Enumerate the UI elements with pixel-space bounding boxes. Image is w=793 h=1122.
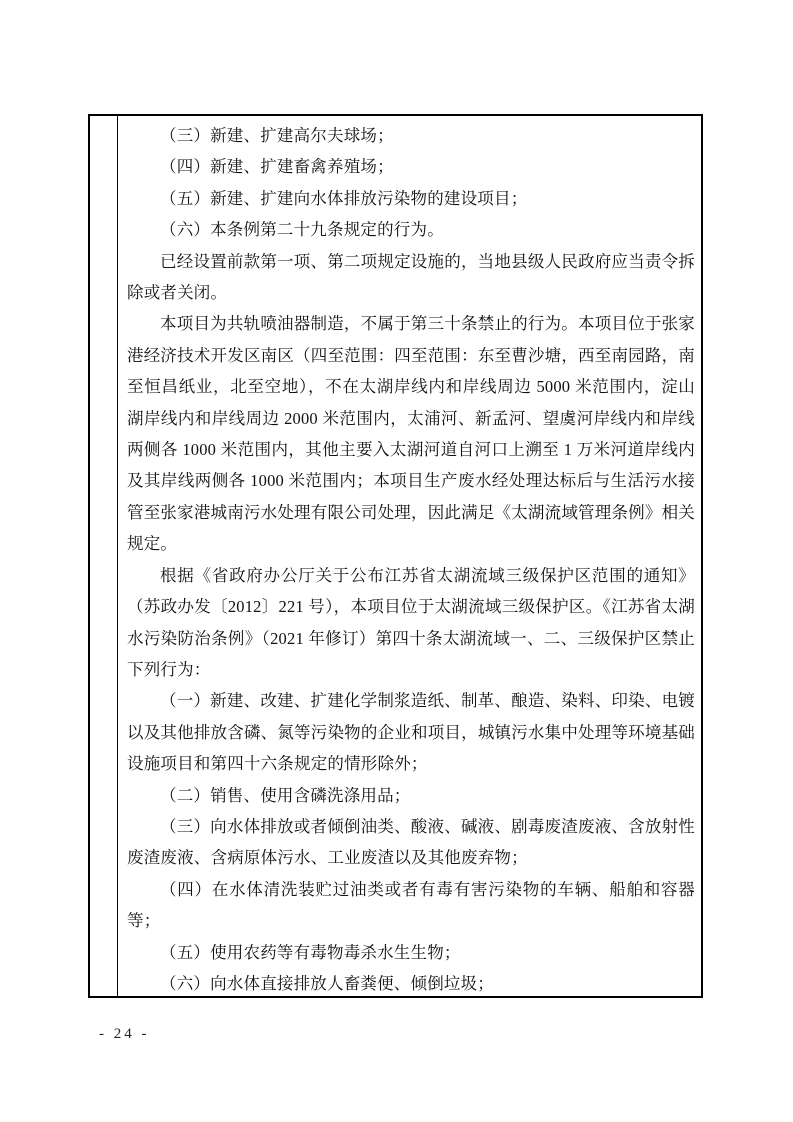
table-body-cell: （三）新建、扩建高尔夫球场；（四）新建、扩建畜禽养殖场；（五）新建、扩建向水体排… — [118, 116, 701, 996]
paragraph: （三）向水体排放或者倾倒油类、酸液、碱液、剧毒废渣废液、含放射性废渣废液、含病原… — [127, 811, 695, 874]
document-page: （三）新建、扩建高尔夫球场；（四）新建、扩建畜禽养殖场；（五）新建、扩建向水体排… — [0, 0, 793, 1122]
content-table: （三）新建、扩建高尔夫球场；（四）新建、扩建畜禽养殖场；（五）新建、扩建向水体排… — [88, 114, 703, 998]
paragraph: （四）在水体清洗装贮过油类或者有毒有害污染物的车辆、船舶和容器等； — [127, 874, 695, 937]
paragraph: （六）本条例第二十九条规定的行为。 — [127, 214, 695, 245]
paragraph: （二）销售、使用含磷洗涤用品； — [127, 780, 695, 811]
paragraph-container: （三）新建、扩建高尔夫球场；（四）新建、扩建畜禽养殖场；（五）新建、扩建向水体排… — [127, 120, 695, 996]
paragraph: 本项目为共轨喷油器制造，不属于第三十条禁止的行为。本项目位于张家港经济技术开发区… — [127, 308, 695, 559]
paragraph: （六）向水体直接排放人畜粪便、倾倒垃圾； — [127, 968, 695, 996]
paragraph: （四）新建、扩建畜禽养殖场； — [127, 151, 695, 182]
paragraph: 已经设置前款第一项、第二项规定设施的，当地县级人民政府应当责令拆除或者关闭。 — [127, 246, 695, 309]
paragraph: （一）新建、改建、扩建化学制浆造纸、制革、酿造、染料、印染、电镀以及其他排放含磷… — [127, 685, 695, 779]
paragraph: （五）使用农药等有毒物毒杀水生生物； — [127, 937, 695, 968]
paragraph: （五）新建、扩建向水体排放污染物的建设项目； — [127, 183, 695, 214]
table-left-cell — [90, 116, 118, 996]
paragraph: 根据《省政府办公厅关于公布江苏省太湖流域三级保护区范围的通知》（苏政办发〔201… — [127, 560, 695, 686]
paragraph: （三）新建、扩建高尔夫球场； — [127, 120, 695, 151]
page-number: - 24 - — [99, 1026, 150, 1043]
